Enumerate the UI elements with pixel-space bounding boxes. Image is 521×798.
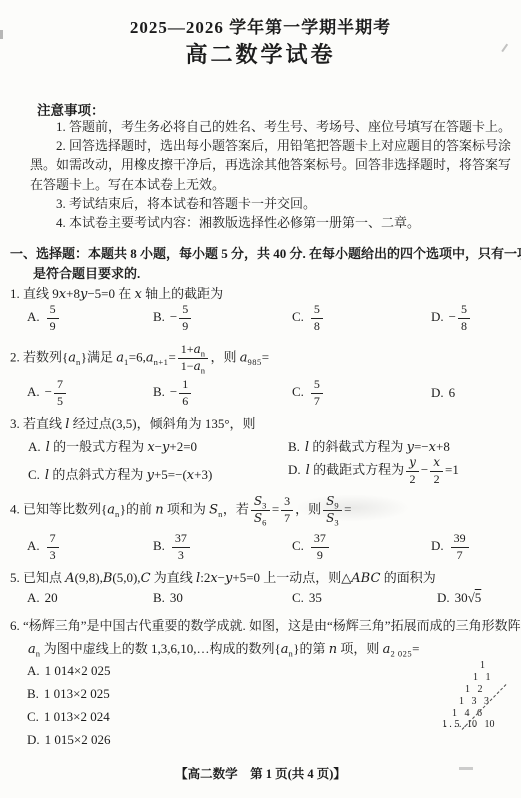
question-4-option-c: C.379 <box>292 532 331 563</box>
option-label: A. <box>27 309 40 324</box>
question-1-option-c: C.58 <box>292 303 325 334</box>
notice-item-2: 2. 回答选择题时，选出每小题答案后，用铅笔把答题卡上对应题目的答案标号涂黑。如… <box>30 136 511 194</box>
question-4-option-d: D.397 <box>431 532 471 563</box>
question-5-option-a: A.20 <box>27 590 58 606</box>
option-value: 35 <box>309 590 322 605</box>
question-3-stem: 3. 若直线 l 经过点(3,5)，倾斜角为 135°，则 <box>10 413 256 432</box>
page-footer: 【高二数学 第 1 页(共 4 页)】 <box>0 764 521 782</box>
option-label: A. <box>27 590 40 605</box>
question-4-option-a: A.73 <box>27 532 61 563</box>
question-6-option-d: D.1 015×2 026 <box>27 732 110 748</box>
notice-heading: 注意事项： <box>37 99 105 119</box>
option-value: 59 <box>45 309 61 324</box>
option-value: −75 <box>45 384 68 399</box>
option-label: D. <box>437 590 450 605</box>
triangle-row: 1 2 <box>465 684 483 695</box>
option-label: B. <box>288 439 300 454</box>
option-label: A. <box>28 439 41 454</box>
option-label: D. <box>431 309 444 324</box>
option-value: 73 <box>45 538 61 553</box>
exam-page: 2025—2026 学年第一学期半期考 高二数学试卷 注意事项： 1. 答题前，… <box>0 0 521 798</box>
option-value: 20 <box>45 590 58 605</box>
option-label: C. <box>292 384 304 399</box>
option-label: D. <box>288 462 301 477</box>
option-value: 58 <box>309 309 325 324</box>
option-label: D. <box>27 732 40 747</box>
option-value: 373 <box>170 538 192 553</box>
question-1-option-a: A.59 <box>27 303 61 334</box>
option-value: l 的点斜式方程为 y+5=−(x+3) <box>45 467 212 482</box>
option-label: C. <box>28 467 40 482</box>
scan-artifact <box>0 30 3 39</box>
option-label: D. <box>431 538 444 553</box>
question-5-option-c: C.35 <box>292 590 322 606</box>
option-label: A. <box>27 663 40 678</box>
question-3-option-d: D.l 的截距式方程为y2−x2=1 <box>288 456 459 487</box>
option-value: l 的一般式方程为 x−y+2=0 <box>46 439 197 454</box>
option-label: C. <box>292 309 304 324</box>
question-1-option-d: D.−58 <box>431 303 472 334</box>
option-value: −58 <box>449 309 472 324</box>
option-value: l 的截距式方程为y2−x2=1 <box>306 462 459 477</box>
option-label: C. <box>292 590 304 605</box>
option-value: 1 013×2 025 <box>44 686 110 701</box>
option-label: B. <box>153 590 165 605</box>
exam-subtitle: 高二数学试卷 <box>0 38 521 69</box>
question-2-option-b: B.−16 <box>153 378 193 409</box>
option-value: 397 <box>449 538 471 553</box>
option-label: C. <box>27 709 39 724</box>
question-1-stem: 1. 直线 9x+8y−5=0 在 x 轴上的截距为 <box>10 283 223 302</box>
option-label: B. <box>153 384 165 399</box>
question-5-option-b: B.30 <box>153 590 183 606</box>
triangle-row: 1 <box>480 660 485 671</box>
option-label: A. <box>27 384 40 399</box>
question-6-option-c: C.1 013×2 024 <box>27 709 110 725</box>
option-value: 1 013×2 024 <box>44 709 110 724</box>
scan-artifact <box>295 494 410 522</box>
question-3-option-b: B.l 的斜截式方程为 y=−x+8 <box>288 436 450 455</box>
question-5-option-d: D.30√5 <box>437 590 481 606</box>
option-value: 379 <box>309 538 331 553</box>
question-4-option-b: B.373 <box>153 532 192 563</box>
question-2-option-a: A.−75 <box>27 378 68 409</box>
question-2-option-c: C.57 <box>292 378 325 409</box>
triangle-dots: ······· <box>444 722 478 733</box>
notice-item-3: 3. 考试结束后，将本试卷和答题卡一并交回。 <box>30 194 511 213</box>
exam-title: 2025—2026 学年第一学期半期考 <box>0 13 521 38</box>
option-value: 57 <box>309 384 325 399</box>
option-label: D. <box>431 385 444 400</box>
option-label: C. <box>292 538 304 553</box>
section-heading: 一、选择题：本题共 8 小题，每小题 5 分，共 40 分. 在每小题给出的四个… <box>10 244 521 283</box>
question-2-stem: 2. 若数列{an}满足 a1=6,an+1=1+an1−an，则 a985= <box>10 343 269 374</box>
option-value: l 的斜截式方程为 y=−x+8 <box>305 439 450 454</box>
question-6-option-b: B.1 013×2 025 <box>27 686 110 702</box>
yanghui-triangle: 1 1 1 1 2 1 3 3 1 4 6 1 5 10 10 ······· <box>440 658 521 738</box>
option-value: −16 <box>170 384 193 399</box>
question-6-stem: 6. “杨辉三角”是中国古代重要的数学成就. 如图，这是由“杨辉三角”拓展而成的… <box>10 614 521 661</box>
option-label: B. <box>153 309 165 324</box>
option-value: −59 <box>170 309 193 324</box>
option-label: B. <box>27 686 39 701</box>
triangle-row: 1 1 <box>473 672 491 683</box>
notice-item-4: 4. 本试卷主要考试内容：湘教版选择性必修第一册第一、二章。 <box>30 213 511 232</box>
option-label: A. <box>27 538 40 553</box>
option-label: B. <box>153 538 165 553</box>
option-value: 30√5 <box>455 590 482 605</box>
option-value: 6 <box>449 385 456 400</box>
notice-list: 1. 答题前，考生务必将自己的姓名、考生号、考场号、座位号填写在答题卡上。 2.… <box>30 117 511 232</box>
option-value: 30 <box>170 590 183 605</box>
option-value: 1 015×2 026 <box>45 732 111 747</box>
question-3-option-a: A.l 的一般式方程为 x−y+2=0 <box>28 436 197 455</box>
option-value: 1 014×2 025 <box>45 663 111 678</box>
question-6-option-a: A.1 014×2 025 <box>27 663 110 679</box>
question-5-stem: 5. 已知点 A(9,8),B(5,0),C 为直线 l:2x−y+5=0 上一… <box>10 567 436 586</box>
scan-artifact <box>459 767 473 770</box>
question-2-option-d: D.6 <box>431 385 455 401</box>
question-1-option-b: B.−59 <box>153 303 193 334</box>
question-3-option-c: C.l 的点斜式方程为 y+5=−(x+3) <box>28 464 212 483</box>
notice-item-1: 1. 答题前，考生务必将自己的姓名、考生号、考场号、座位号填写在答题卡上。 <box>30 117 511 136</box>
